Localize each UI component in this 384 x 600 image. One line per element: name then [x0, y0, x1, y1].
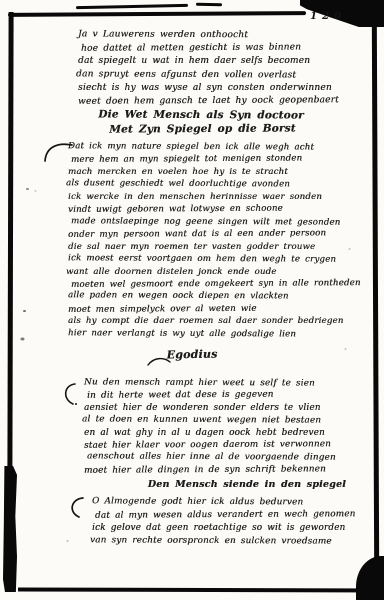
scan-border-top	[8, 11, 306, 17]
handwritten-line: hier naer verlangt is wy uyt alle godsal…	[68, 327, 361, 341]
speaker-line: Den Mensch siende in den spiegel	[148, 479, 346, 490]
handwritten-line: hoe dattet al metten gesticht is was bin…	[81, 41, 339, 56]
handwritten-line: in dit herte weet dat dese is gegeven	[87, 389, 336, 403]
scan-artifact-line	[76, 4, 188, 9]
paper-noise-specks	[26, 188, 29, 190]
handwritten-line: moet hier alle dingen in de syn schrift …	[84, 463, 336, 477]
handwritten-line: Met Zyn Spiegel op die Borst	[91, 122, 314, 137]
handwritten-line: weet doen hem gansch te laet hy oock geo…	[78, 94, 339, 109]
handwritten-line: dan spruyt eens afgunst den vollen overl…	[76, 68, 339, 83]
poem-stanza-1: Dat ick myn nature spiegel ben ick alle …	[68, 141, 361, 340]
title-couplet: Die Wet Mensch als Syn doctoorMet Zyn Sp…	[88, 109, 314, 137]
scan-border-bottom	[18, 588, 384, 593]
paragraph-bracket-c	[66, 496, 86, 520]
handwritten-line: Die Wet Mensch als Syn doctoor	[88, 108, 314, 123]
handwritten-line: van syn rechte oorspronck en sulcken vro…	[90, 534, 356, 548]
handwritten-line: ick moest eerst voortgaen om hem den weg…	[68, 252, 361, 266]
intro-stanza: Ja v Lauwerens werden onthoochthoe datte…	[78, 29, 339, 108]
handwritten-line: aensiet hier de wonderen sonder elders t…	[84, 402, 336, 414]
handwritten-line: dat spiegelt u wat in hem daer selfs bec…	[78, 55, 339, 68]
handwritten-line: aenschout alles hier inne al de voorgaen…	[87, 451, 336, 465]
handwritten-line: moet men simpelyck over al weten wie	[68, 302, 361, 316]
scan-border-left-blot	[3, 466, 17, 592]
scan-border-right	[372, 20, 379, 565]
manuscript-scan-page: 120 Ja v Lauwerens werden onthoochthoe d…	[0, 0, 384, 600]
scan-artifact-line	[196, 3, 222, 6]
handwritten-line: want alle doornen distelen jonck ende ou…	[66, 266, 361, 278]
poem-stanza-2: Nu den mensch rampt hier weet u self te …	[84, 377, 336, 476]
handwritten-line: ick gelove dat geen roetachtige so wit i…	[92, 522, 356, 535]
scan-border-left	[7, 12, 13, 470]
closing-stanza: O Almogende godt hier ick aldus bedurven…	[92, 496, 356, 548]
page-number: 120	[310, 11, 346, 22]
paragraph-bracket-c	[60, 381, 78, 407]
handwritten-line: dat al myn wesen aldus verandert en wech…	[95, 508, 356, 523]
handwritten-line: al te doen en kunnen uwent wegen niet be…	[82, 414, 336, 428]
scan-corner-bottom-right	[356, 556, 384, 600]
handwritten-line: die sal naer myn roemen ter vasten godde…	[68, 241, 361, 253]
handwritten-line: als hy compt die daer roemen sal daer so…	[68, 315, 361, 327]
handwritten-line: en al wat ghy in al u dagen oock hebt be…	[84, 427, 336, 439]
handwritten-line: siecht is hy was wyse al syn consten ond…	[78, 82, 339, 95]
handwritten-line: onder myn persoon want dat is al een and…	[68, 227, 361, 241]
signature-flourish	[146, 356, 172, 368]
handwritten-line: mere hem an myn spiegelt tot menigen sto…	[71, 153, 361, 167]
handwritten-line: als dusent geschiedt wel doorluchtige av…	[66, 178, 361, 192]
